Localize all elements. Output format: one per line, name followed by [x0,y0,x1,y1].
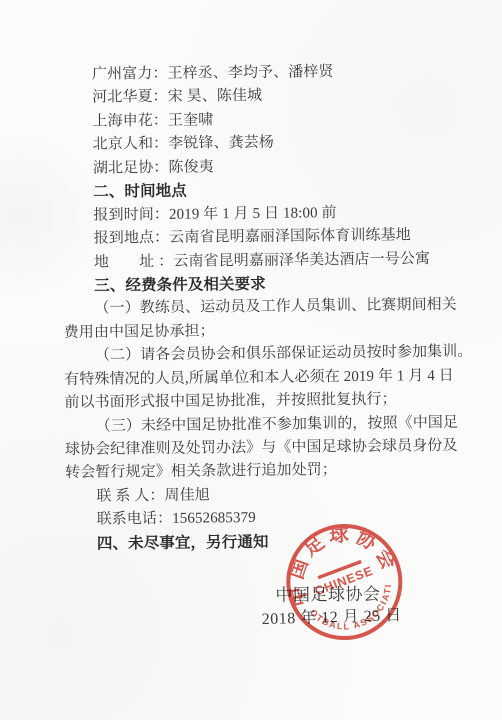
doc-line: 地 址 ：云南省昆明嘉丽泽华美达酒店一号公寓 [63,247,463,275]
document-content: 广州富力：王梓丞、李均予、潘梓贤 河北华夏：宋 昊、陈佳城 上海申花：王奎啸 北… [0,0,502,720]
doc-line: 球协会纪律准则及处罚办法》与《中国足球协会球员身份及 [65,435,465,463]
official-seal-icon: 中国足球协会 CHINESE FOOTBALL ASSOCIATION [270,507,420,657]
doc-line: 有特殊情况的人员,所属单位和本人必须在 2019 年 1 月 4 日 [64,364,464,392]
doc-line: 报到地点：云南省昆明嘉丽泽国际体育训练基地 [63,224,463,252]
doc-line: （一）教练员、运动员及工作人员集训、比赛期间相关 [63,294,463,322]
document-body: 广州富力：王梓丞、李均予、潘梓贤 河北华夏：宋 昊、陈佳城 上海申花：王奎啸 北… [61,60,466,556]
scanned-document-page: 广州富力：王梓丞、李均予、潘梓贤 河北华夏：宋 昊、陈佳城 上海申花：王奎啸 北… [0,0,502,720]
